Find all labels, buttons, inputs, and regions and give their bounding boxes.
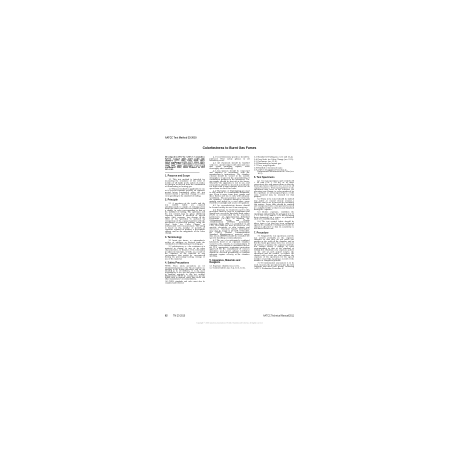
- paragraph: 4.7 The use of an adequately ventilated …: [210, 239, 250, 257]
- column-2: 4.1 Good laboratory practices should be …: [210, 156, 250, 312]
- section-heading: 7. Procedure: [254, 232, 294, 234]
- text-columns: Developed in 1957 by AATCC Committee RA3…: [165, 156, 294, 312]
- paragraph: 4.2 All chemicals should be handled with…: [210, 162, 250, 169]
- page-content: AATCC Test Method 23-2010 Colorfastness …: [161, 133, 298, 333]
- paragraph: NOTE: These safety precautions are for i…: [165, 265, 205, 280]
- column-3: 5.3 Standard of Fading (see 12.2 and 12.…: [254, 156, 294, 312]
- paragraph: 6.3 Before exposure, condition the speci…: [254, 211, 294, 220]
- footer-page-number: 62: [165, 315, 168, 318]
- doc-header: AATCC Test Method 23-2010: [165, 136, 197, 139]
- apparatus-list-item: 5.9 AATCC Evaluation Procedure 6, Instru…: [254, 169, 294, 174]
- screenshot-canvas: AATCC Test Method 23-2010 Colorfastness …: [0, 0, 458, 458]
- doc-title: Colorfastness to Burnt Gas Fumes: [161, 146, 298, 150]
- document-page: AATCC Test Method 23-2010 Colorfastness …: [161, 133, 298, 333]
- section-heading: 6. Test Specimens: [254, 176, 294, 178]
- paragraph: 4.6 Exposure to chemicals used in this p…: [210, 209, 250, 239]
- section-heading: 3. Terminology: [165, 236, 205, 238]
- paragraph: 6.2 Yarns to be tested should be knitted…: [254, 198, 294, 210]
- section-heading: 2. Principle: [165, 199, 205, 201]
- section-heading: 4. Safety Precautions: [165, 262, 205, 264]
- paragraph: All OSHA standards and rules must also b…: [165, 281, 205, 284]
- copyright-line: Copyright © 2010 American Association of…: [161, 322, 298, 324]
- paragraph: 3.2 colorfastness, n.—the resistance of …: [165, 246, 205, 260]
- paragraph: 4.1 Good laboratory practices should be …: [210, 156, 250, 161]
- paragraph: 4.4 The butane or illuminating gas used …: [210, 190, 250, 204]
- paragraph: 1.1 This test method is intended for mea…: [165, 178, 205, 187]
- paragraph: 4.3 Gas burners should be connected and …: [210, 170, 250, 189]
- paragraph: 7.1 Suspend the test specimens and the t…: [254, 235, 294, 261]
- paragraph: 1.2 This test method is applicable to on…: [165, 188, 205, 197]
- paragraph: 2.1 A specimen of the textile and the te…: [165, 202, 205, 234]
- page-footer: 62 TM 23-2010 AATCC Technical Manual/201…: [165, 315, 294, 318]
- footer-doc-code: TM 23-2010: [173, 315, 185, 318]
- column-1: Developed in 1957 by AATCC Committee RA3…: [165, 156, 205, 312]
- section-heading: 1. Purpose and Scope: [165, 175, 205, 177]
- apparatus-list-item: 5.2 Control fabrics (see 6.4, 12.2, 12.3…: [210, 267, 250, 269]
- history-note: Developed in 1957 by AATCC Committee RA3…: [165, 156, 205, 170]
- paragraph: 6.4 The test control fabric should be ta…: [254, 221, 294, 230]
- paragraph: 3.1 burnt gas fumes, n.—atmospheric oxid…: [165, 240, 205, 245]
- section-heading: 5. Apparatus, Materials and Reagents: [210, 259, 250, 264]
- paragraph: 7.2 If instrumental assessment is to be …: [254, 262, 294, 269]
- paragraph: 6.1 Cut test specimens and controls 60 ×…: [254, 180, 294, 198]
- footer-manual: AATCC Technical Manual/2011: [263, 315, 294, 318]
